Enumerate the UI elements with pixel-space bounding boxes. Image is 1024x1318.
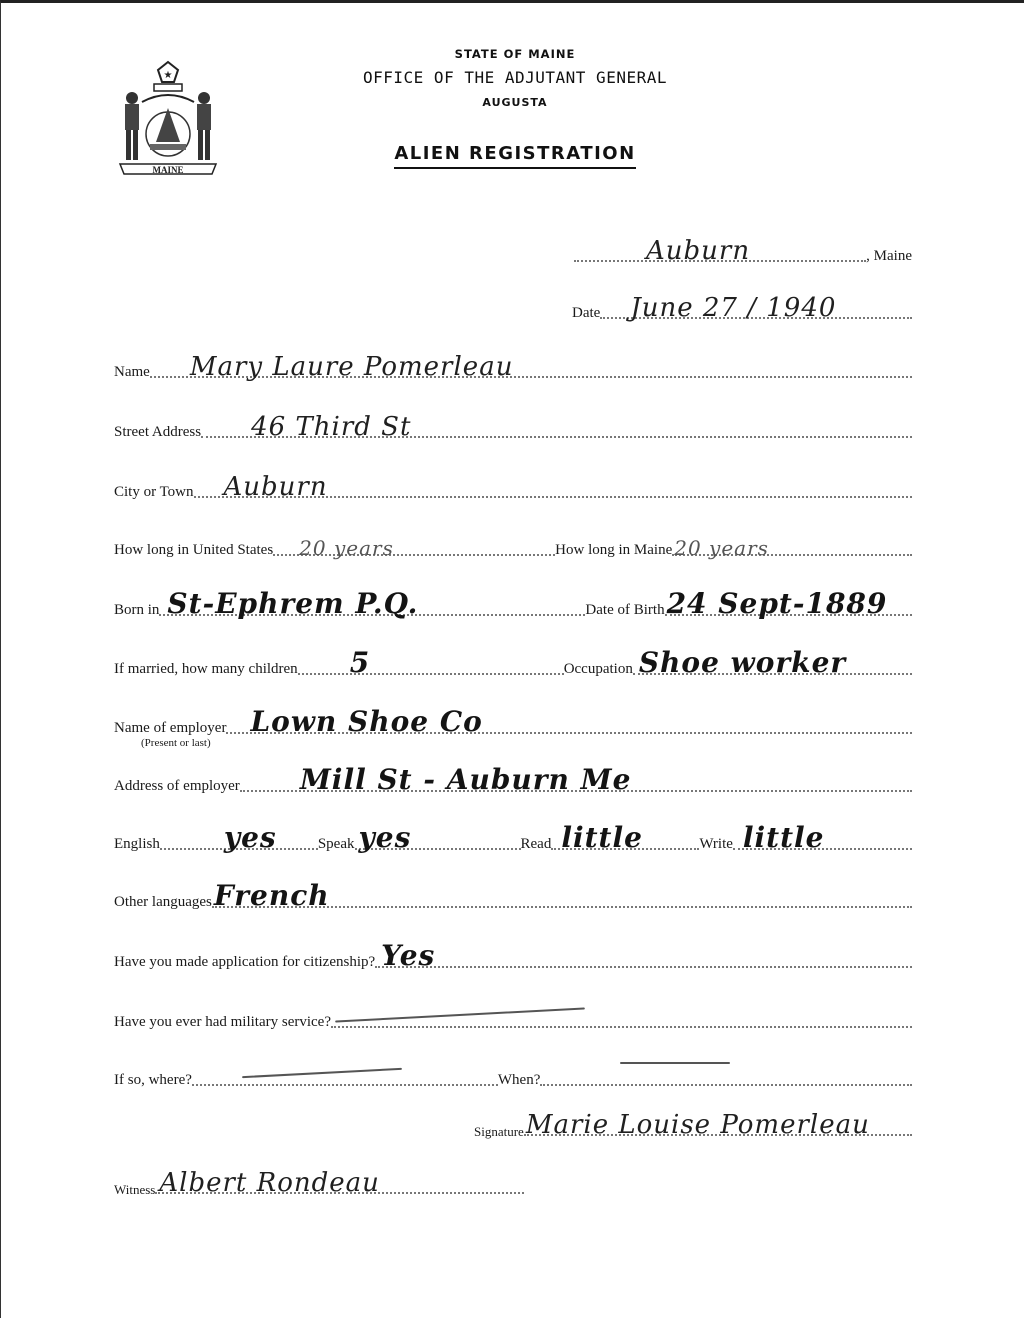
english-label: English (114, 837, 160, 854)
street-field[interactable]: 46 Third St (201, 416, 912, 438)
when-field[interactable] (540, 1064, 912, 1086)
military-row: Have you ever had military service? (114, 1006, 912, 1032)
military-dash (335, 1007, 585, 1022)
signature-label: Signature (474, 1125, 524, 1140)
english-row: English yes Speak yes Read little Write … (114, 828, 912, 854)
speak-field[interactable]: yes (355, 828, 521, 850)
family-row: If married, how many children 5 Occupati… (114, 653, 912, 679)
born-in-label: Born in (114, 603, 159, 620)
witness-row: Witness Albert Rondeau (114, 1172, 524, 1198)
residence-row: How long in United States 20 years How l… (114, 534, 912, 560)
citizenship-label: Have you made application for citizenshi… (114, 955, 375, 972)
dob-label: Date of Birth (585, 603, 664, 620)
born-in-field[interactable]: St-Ephrem P.Q. (159, 594, 585, 616)
years-maine-label: How long in Maine (555, 543, 672, 560)
when-dash (620, 1062, 730, 1064)
other-languages-row: Other languages French (114, 886, 912, 912)
years-us-label: How long in United States (114, 543, 273, 560)
svg-text:★: ★ (164, 70, 173, 81)
occupation-label: Occupation (564, 662, 633, 679)
city-label: City or Town (114, 485, 194, 502)
date-field[interactable]: June 27 / 1940 (600, 297, 912, 319)
where-field[interactable] (192, 1064, 498, 1086)
occupation-field[interactable]: Shoe worker (633, 653, 912, 675)
employer-address-label: Address of employer (114, 779, 240, 796)
maine-label: , Maine (866, 249, 912, 266)
name-row: Name Mary Laure Pomerleau (114, 356, 912, 382)
place-row: Auburn , Maine (574, 240, 912, 266)
military-field[interactable] (331, 1006, 912, 1028)
where-dash (242, 1068, 402, 1078)
other-languages-field[interactable]: French (212, 886, 912, 908)
date-row: Date June 27 / 1940 (572, 297, 912, 323)
read-field[interactable]: little (551, 828, 699, 850)
write-label: Write (699, 837, 733, 854)
read-label: Read (521, 837, 552, 854)
citizenship-row: Have you made application for citizenshi… (114, 946, 912, 972)
employer-sublabel: (Present or last) (141, 737, 211, 749)
years-maine-field[interactable]: 20 years (672, 534, 912, 556)
office-heading: OFFICE OF THE ADJUTANT GENERAL (300, 68, 730, 87)
witness-field[interactable]: Albert Rondeau (155, 1172, 524, 1194)
when-label: When? (498, 1073, 540, 1090)
date-label: Date (572, 306, 600, 323)
name-label: Name (114, 365, 150, 382)
where-label: If so, where? (114, 1073, 192, 1090)
signature-field[interactable]: Marie Louise Pomerleau (524, 1114, 912, 1136)
speak-label: Speak (318, 837, 355, 854)
years-us-field[interactable]: 20 years (273, 534, 555, 556)
city-row: City or Town Auburn (114, 476, 912, 502)
place-field[interactable]: Auburn (574, 240, 866, 262)
form-title: ALIEN REGISTRATION (300, 143, 730, 169)
employer-field[interactable]: Lown Shoe Co (226, 712, 912, 734)
street-label: Street Address (114, 425, 201, 442)
where-when-row: If so, where? When? (114, 1064, 912, 1090)
state-heading: STATE OF MAINE (300, 47, 730, 61)
children-label: If married, how many children (114, 662, 298, 679)
citizenship-field[interactable]: Yes (375, 946, 912, 968)
city-field[interactable]: Auburn (194, 476, 912, 498)
other-languages-label: Other languages (114, 895, 212, 912)
write-field[interactable]: little (733, 828, 912, 850)
employer-address-row: Address of employer Mill St - Auburn Me (114, 770, 912, 796)
city-heading: AUGUSTA (300, 96, 730, 109)
svg-text:MAINE: MAINE (153, 165, 184, 175)
signature-row: Signature Marie Louise Pomerleau (474, 1114, 912, 1140)
birth-row: Born in St-Ephrem P.Q. Date of Birth 24 … (114, 594, 912, 620)
employer-label: Name of employer (114, 721, 226, 738)
witness-label: Witness (114, 1183, 155, 1198)
english-field[interactable]: yes (160, 828, 318, 850)
children-field[interactable]: 5 (298, 653, 564, 675)
military-label: Have you ever had military service? (114, 1015, 331, 1032)
employer-row: Name of employer Lown Shoe Co (114, 712, 912, 738)
maine-seal-icon: ★ MAINE (112, 58, 224, 188)
name-field[interactable]: Mary Laure Pomerleau (150, 356, 912, 378)
dob-field[interactable]: 24 Sept-1889 (665, 594, 912, 616)
street-row: Street Address 46 Third St (114, 416, 912, 442)
employer-address-field[interactable]: Mill St - Auburn Me (240, 770, 912, 792)
